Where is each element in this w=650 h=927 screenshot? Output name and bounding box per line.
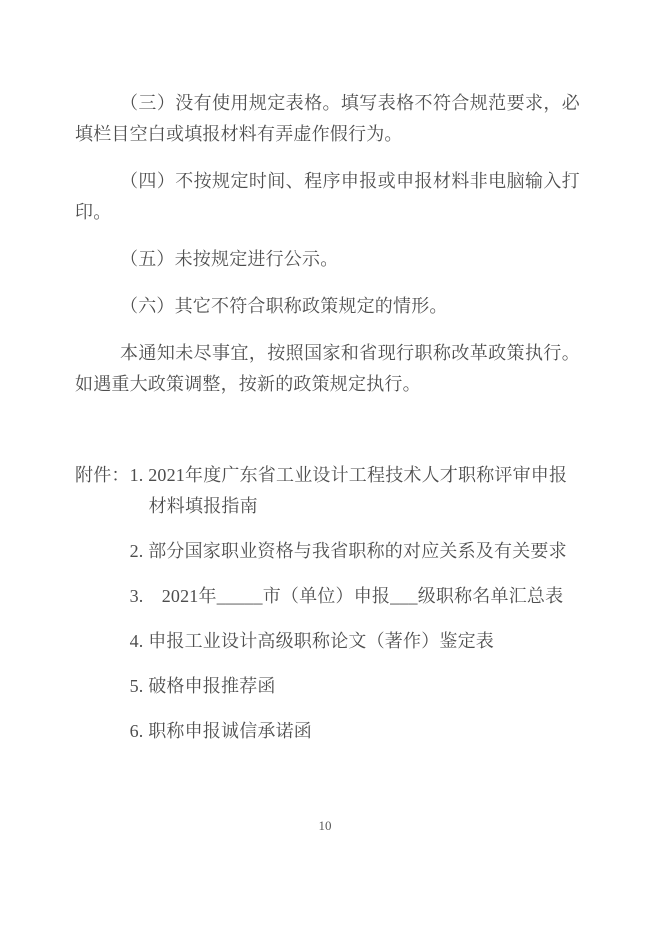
attachments-label: 附件： [75,460,130,747]
attachment-item-2: 2. 部分国家职业资格与我省职称的对应关系及有关要求 [130,536,580,567]
attachment-item-6: 6. 职称申报诚信承诺函 [130,716,580,747]
attachment-item-1: 1. 2021年度广东省工业设计工程技术人才职称评审申报材料填报指南 [130,460,580,522]
paragraph-item-6: （六）其它不符合职称政策规定的情形。 [75,291,580,322]
document-page: （三）没有使用规定表格。填写表格不符合规范要求，必填栏目空白或填报材料有弄虚作假… [0,0,650,927]
document-body: （三）没有使用规定表格。填写表格不符合规范要求，必填栏目空白或填报材料有弄虚作假… [75,88,580,747]
attachment-item-3: 3. 2021年_____市（单位）申报___级职称名单汇总表 [130,581,580,612]
attachment-item-4: 4. 申报工业设计高级职称论文（著作）鉴定表 [130,626,580,657]
paragraph-item-4: （四）不按规定时间、程序申报或申报材料非电脑输入打印。 [75,166,580,228]
attachment-item-5: 5. 破格申报推荐函 [130,671,580,702]
page-number: 10 [0,818,650,834]
paragraph-item-3: （三）没有使用规定表格。填写表格不符合规范要求，必填栏目空白或填报材料有弄虚作假… [75,88,580,150]
paragraph-item-5: （五）未按规定进行公示。 [75,244,580,275]
attachments-list: 1. 2021年度广东省工业设计工程技术人才职称评审申报材料填报指南 2. 部分… [130,460,580,747]
paragraph-closing: 本通知未尽事宜，按照国家和省现行职称改革政策执行。如遇重大政策调整，按新的政策规… [75,338,580,400]
attachments-block: 附件： 1. 2021年度广东省工业设计工程技术人才职称评审申报材料填报指南 2… [75,460,580,747]
